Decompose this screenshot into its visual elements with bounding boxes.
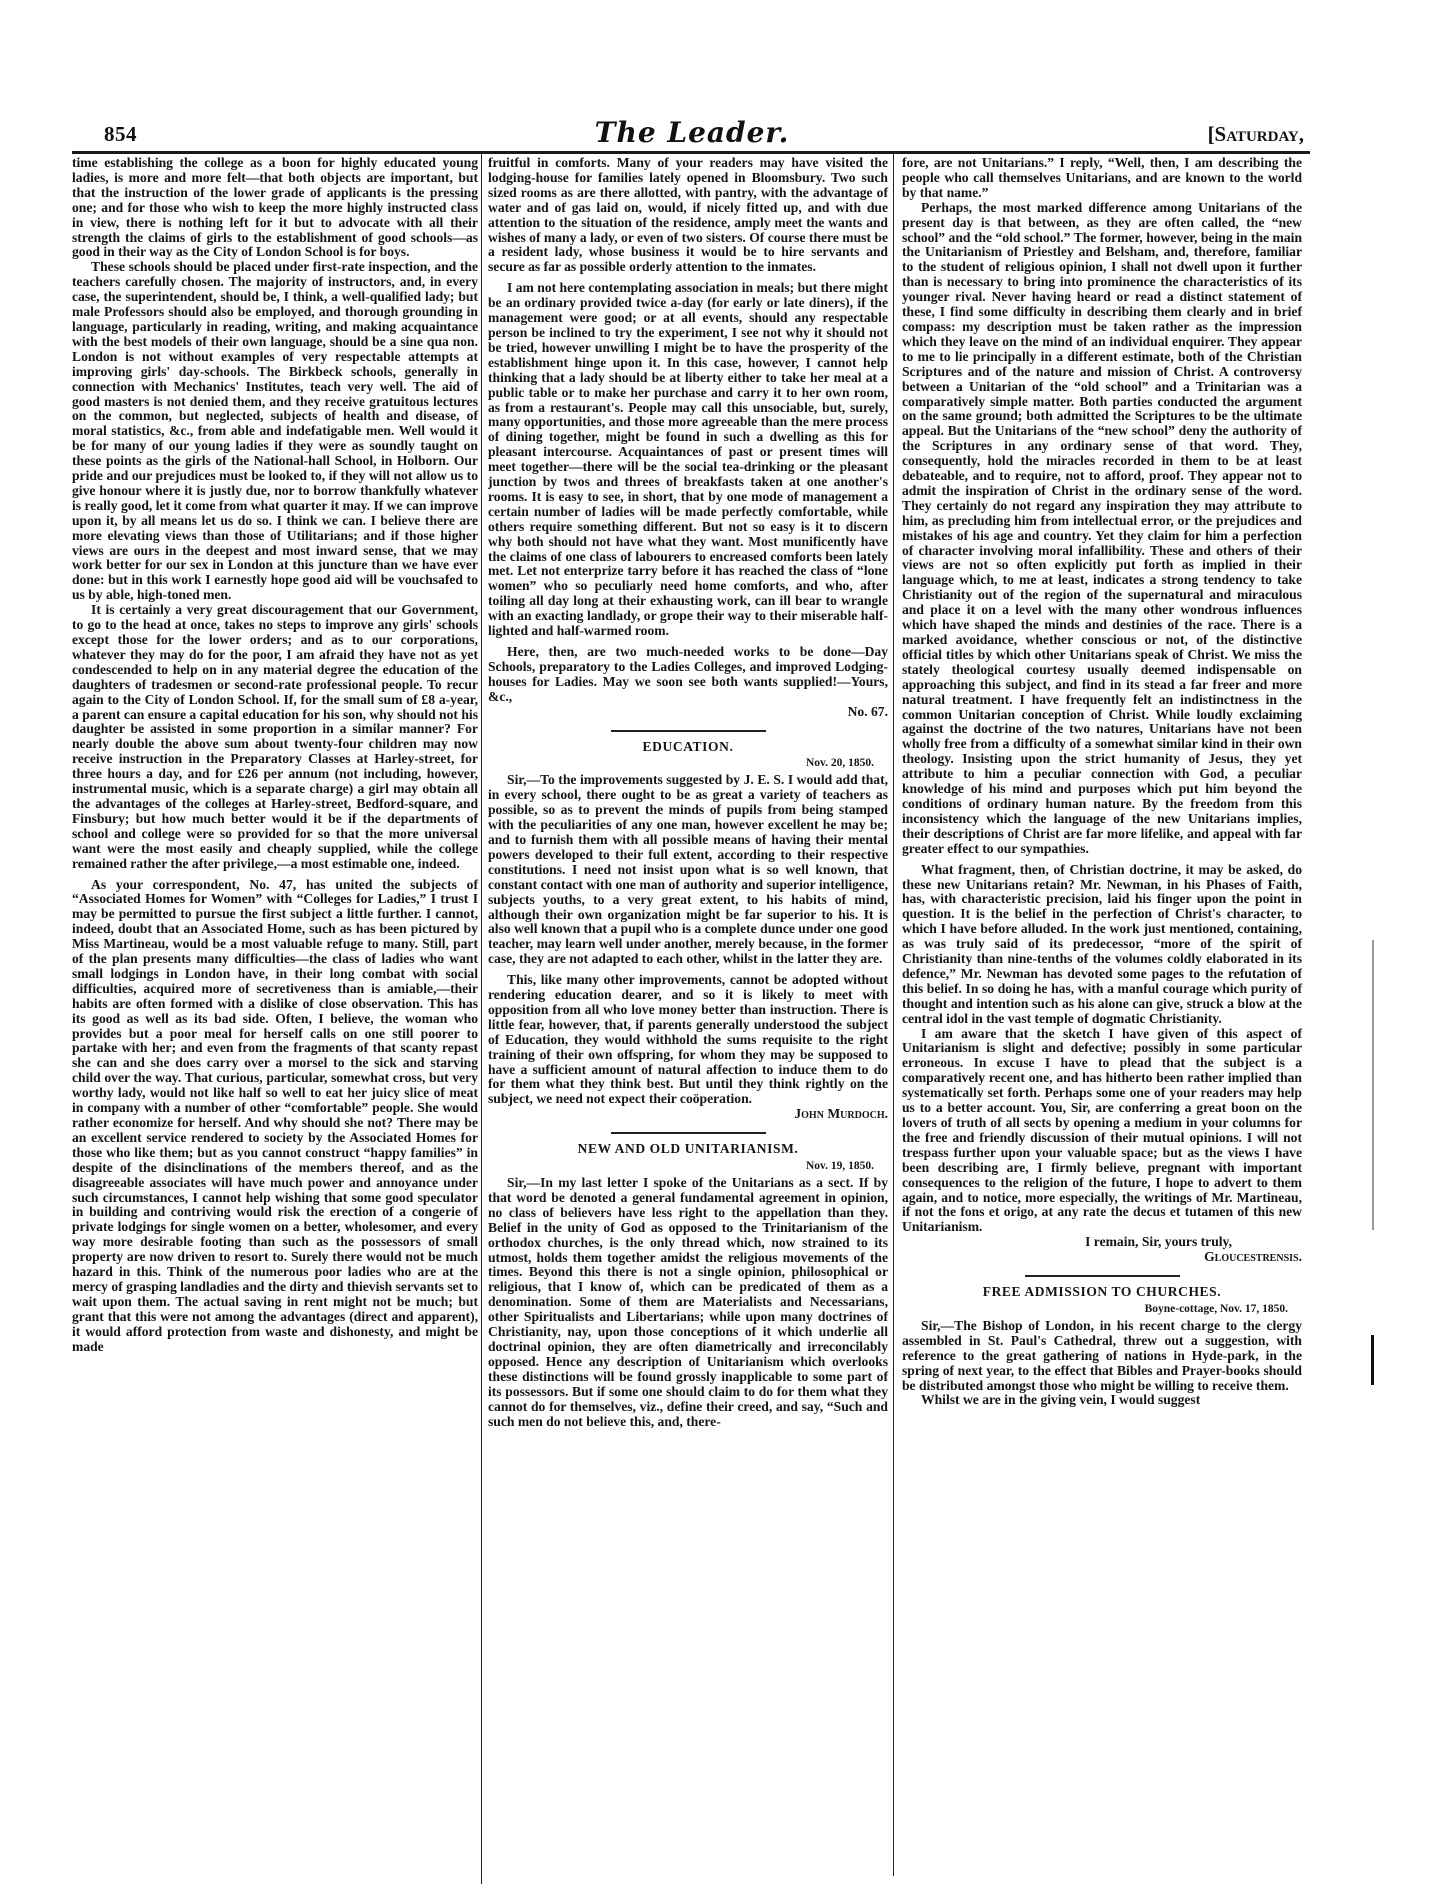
dateline: [Saturday, xyxy=(1208,122,1304,147)
letter-date: Boyne-cottage, Nov. 17, 1850. xyxy=(902,1302,1288,1317)
letter-signature: John Murdoch. xyxy=(488,1107,888,1122)
section-heading-unitarianism: NEW AND OLD UNITARIANISM. xyxy=(488,1142,888,1157)
section-heading-education: EDUCATION. xyxy=(488,740,888,755)
letter-signature: No. 67. xyxy=(488,705,888,720)
paragraph: time establishing the college as a boon … xyxy=(72,156,478,260)
column-left: time establishing the college as a boon … xyxy=(72,156,478,1355)
newspaper-page: 854 The Leader. [Saturday, time establis… xyxy=(0,0,1441,1891)
header-rule xyxy=(72,151,1310,154)
letter-signature: Gloucestrensis. xyxy=(902,1250,1302,1265)
section-rule xyxy=(611,1132,766,1134)
paragraph: I am not here contemplating association … xyxy=(488,281,888,639)
section-rule xyxy=(1025,1275,1180,1277)
paragraph: fruitful in comforts. Many of your reade… xyxy=(488,156,888,275)
scan-artifact xyxy=(1372,940,1374,1230)
paragraph: Sir,—In my last letter I spoke of the Un… xyxy=(488,1176,888,1429)
paragraph: These schools should be placed under fir… xyxy=(72,260,478,603)
paragraph: Sir,—To the improvements suggested by J.… xyxy=(488,773,888,967)
paragraph: Sir,—The Bishop of London, in his recent… xyxy=(902,1319,1302,1394)
masthead: 854 The Leader. [Saturday, xyxy=(72,114,1312,146)
paragraph: What fragment, then, of Christian doctri… xyxy=(902,863,1302,1027)
section-rule xyxy=(611,730,766,732)
paragraph: Here, then, are two much-needed works to… xyxy=(488,645,888,705)
paragraph: I am aware that the sketch I have given … xyxy=(902,1027,1302,1236)
letter-closing: I remain, Sir, yours truly, xyxy=(902,1235,1232,1250)
paragraph: fore, are not Unitarians.” I reply, “Wel… xyxy=(902,156,1302,201)
scan-artifact xyxy=(1371,1335,1374,1385)
newspaper-title: The Leader. xyxy=(72,116,1312,149)
column-divider xyxy=(893,154,894,1876)
column-right: fore, are not Unitarians.” I reply, “Wel… xyxy=(902,156,1302,1408)
section-heading-churches: FREE ADMISSION TO CHURCHES. xyxy=(902,1285,1302,1300)
paragraph: It is certainly a very great discouragem… xyxy=(72,603,478,871)
column-middle: fruitful in comforts. Many of your reade… xyxy=(488,156,888,1429)
paragraph: Whilst we are in the giving vein, I woul… xyxy=(902,1393,1302,1408)
paragraph: This, like many other improvements, cann… xyxy=(488,973,888,1107)
column-divider xyxy=(481,154,482,1884)
paragraph: Perhaps, the most marked difference amon… xyxy=(902,201,1302,857)
letter-date: Nov. 20, 1850. xyxy=(488,756,874,771)
letter-date: Nov. 19, 1850. xyxy=(488,1159,874,1174)
paragraph: As your correspondent, No. 47, has unite… xyxy=(72,878,478,1355)
